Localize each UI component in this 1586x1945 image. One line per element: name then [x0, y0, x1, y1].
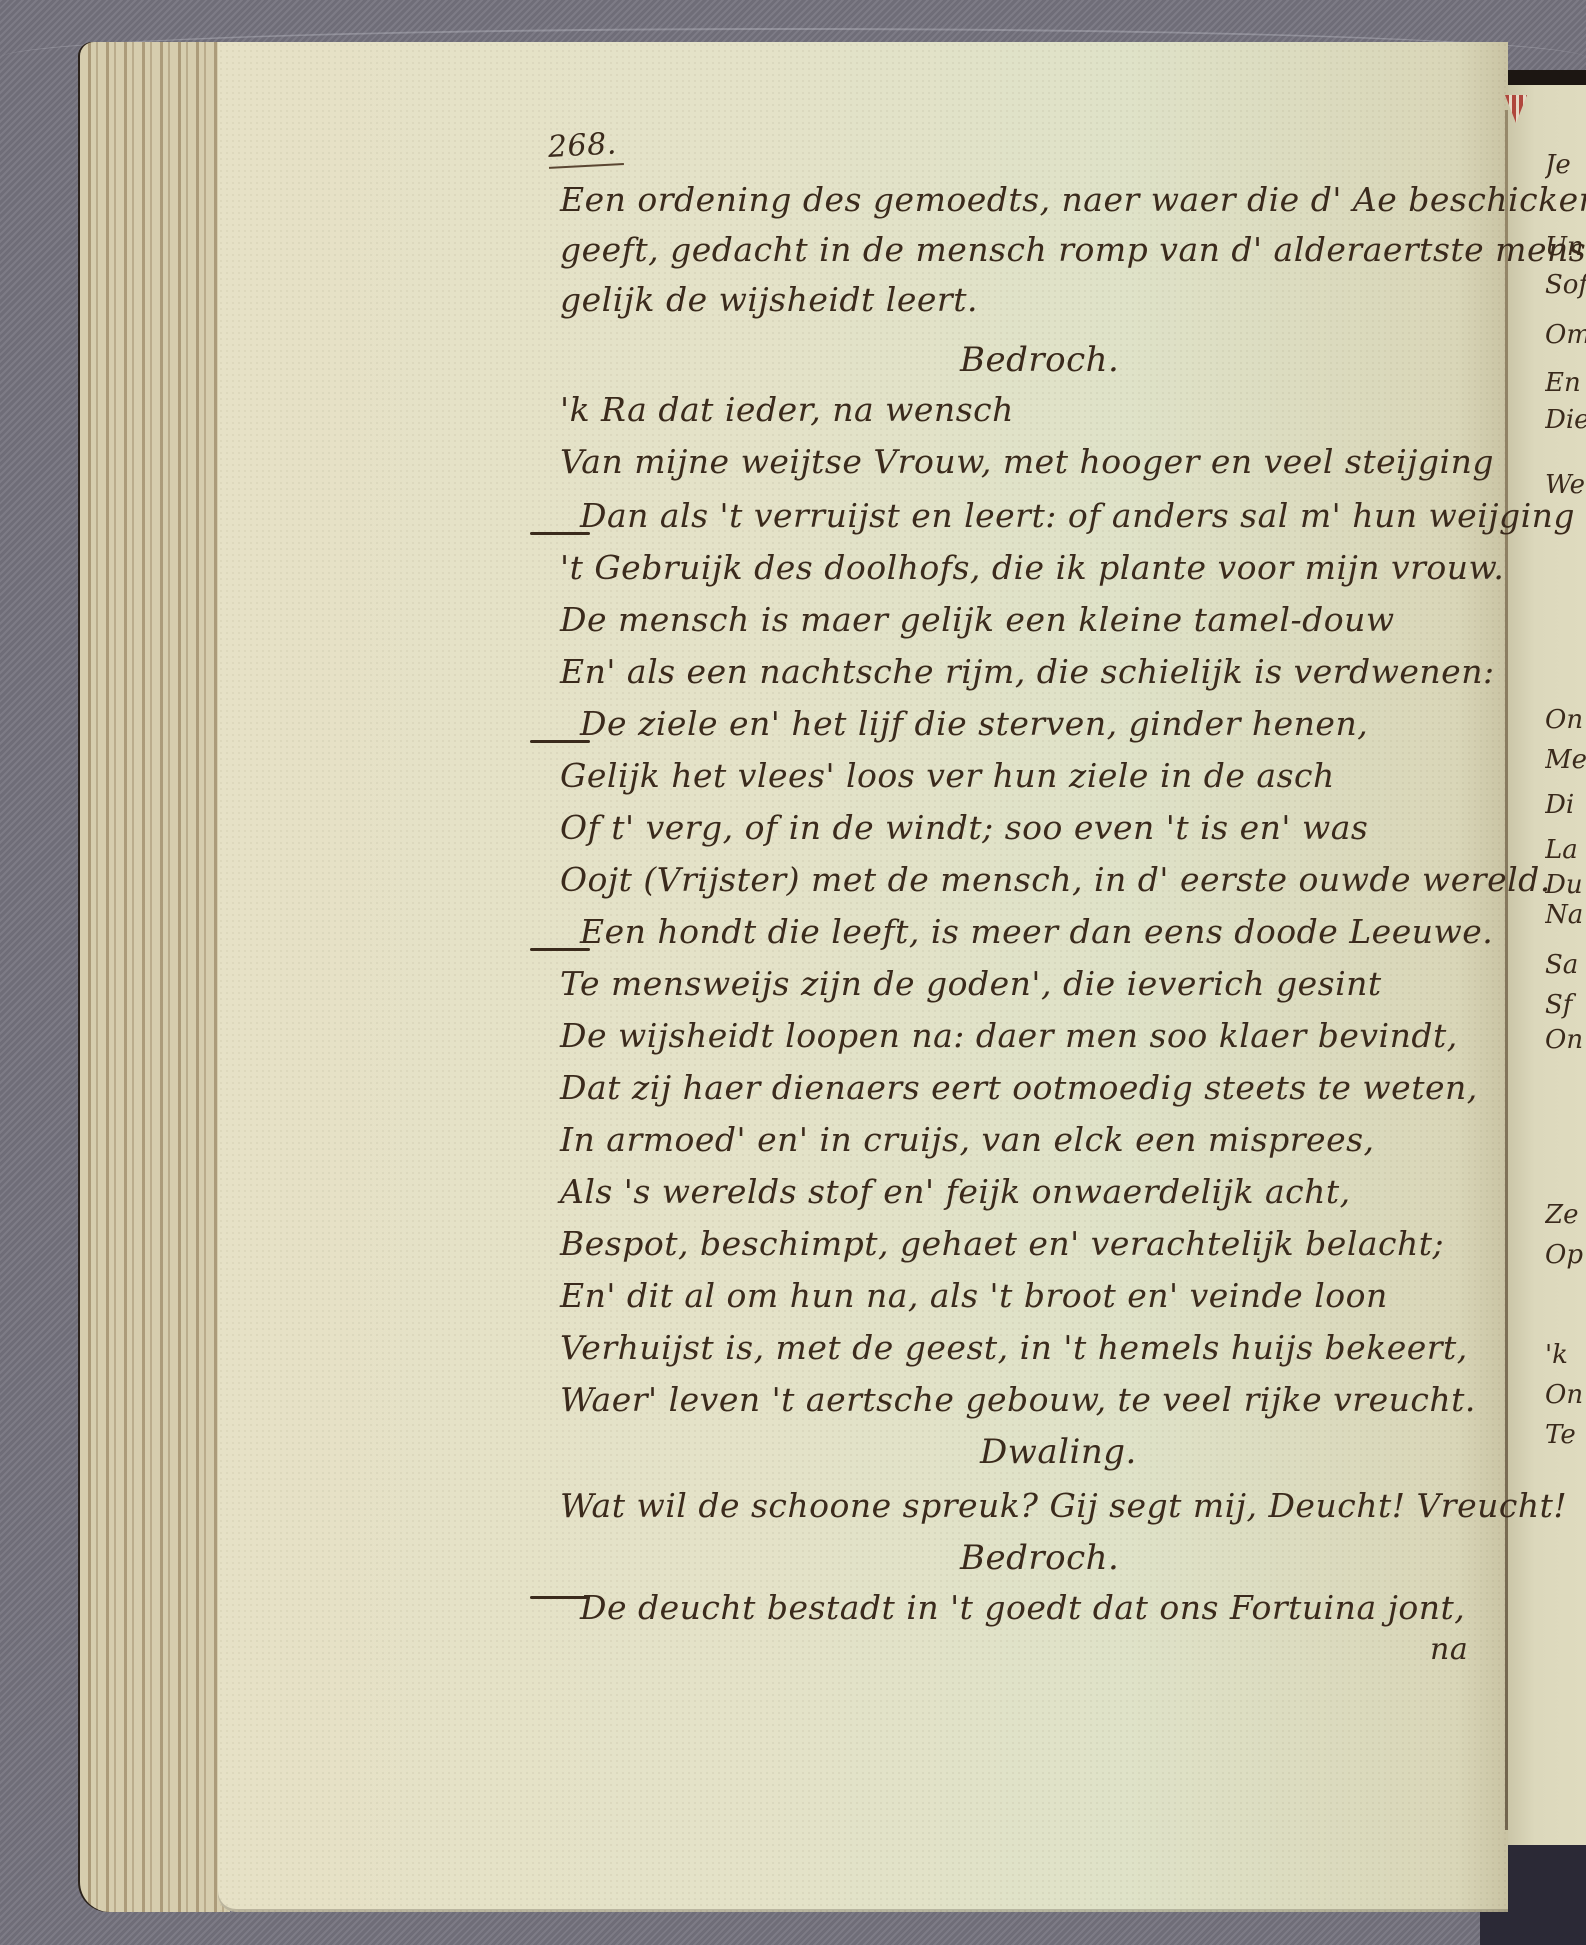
verse-line: Als 's werelds stof en' feijk onwaerdeli… — [560, 1172, 1351, 1212]
facing-line-fragment: La — [1545, 835, 1586, 865]
verse-line: Verhuijst is, met de geest, in 't hemels… — [560, 1328, 1468, 1368]
intro-line: gelijk de wijsheidt leert. — [560, 280, 978, 320]
intro-line: Een ordening des gemoedts, naer waer die… — [560, 180, 1586, 220]
speaker-heading: Bedroch. — [960, 1538, 1119, 1578]
facing-line-fragment: 'k — [1545, 1340, 1586, 1370]
facing-line-fragment: On — [1545, 1380, 1586, 1410]
facing-line-fragment: Op — [1545, 1240, 1586, 1270]
facing-line-fragment: Sf — [1545, 990, 1586, 1020]
speaker-heading: Bedroch. — [960, 340, 1119, 380]
verse-line: De mensch is maer gelijk een kleine tame… — [560, 600, 1395, 640]
verse-line: In armoed' en' in cruijs, van elck een m… — [560, 1120, 1375, 1160]
facing-line-fragment: Me — [1545, 745, 1586, 775]
verse-line: Dat zij haer dienaers eert ootmoedig ste… — [560, 1068, 1478, 1108]
verse-line: De deucht bestadt in 't goedt dat ons Fo… — [580, 1588, 1465, 1628]
verse-line: De wijsheidt loopen na: daer men soo kla… — [560, 1016, 1458, 1056]
margin-flourish — [530, 740, 590, 743]
margin-flourish — [530, 1596, 590, 1599]
verse-line: De ziele en' het lijf die sterven, ginde… — [580, 704, 1368, 744]
facing-line-fragment: Ze — [1545, 1200, 1586, 1230]
page-number: 268. — [547, 126, 624, 169]
verse-line: Dan als 't verruijst en leert: of anders… — [580, 496, 1575, 536]
verse-line: Of t' verg, of in de windt; soo even 't … — [560, 808, 1368, 848]
verse-line: Gelijk het vlees' loos ver hun ziele in … — [560, 756, 1335, 796]
facing-line-fragment: On — [1545, 705, 1586, 735]
facing-line-fragment: Sof — [1545, 270, 1586, 300]
facing-line-fragment: Je — [1545, 150, 1586, 180]
verse-line: Een hondt die leeft, is meer dan eens do… — [580, 912, 1493, 952]
margin-flourish — [530, 532, 590, 535]
verse-line: Van mijne weijtse Vrouw, met hooger en v… — [560, 442, 1494, 482]
facing-line-fragment: Die — [1545, 405, 1586, 435]
facing-line-fragment: Na — [1545, 900, 1586, 930]
facing-line-fragment: En — [1545, 368, 1586, 398]
verse-line: Bespot, beschimpt, gehaet en' verachteli… — [560, 1224, 1444, 1264]
facing-line-fragment: On — [1545, 1025, 1586, 1055]
facing-line-fragment: Te — [1545, 1420, 1586, 1450]
book-gutter — [1505, 110, 1508, 1830]
facing-line-fragment: Du — [1545, 870, 1586, 900]
facing-line-fragment: Di — [1545, 790, 1586, 820]
page-stack-fore-edge — [80, 42, 230, 1912]
verse-line: En' als een nachtsche rijm, die schielij… — [560, 652, 1495, 692]
facing-line-fragment: Sa — [1545, 950, 1586, 980]
verse-line: 't Gebruijk des doolhofs, die ik plante … — [560, 548, 1504, 588]
intro-line: geeft, gedacht in de mensch romp van d' … — [560, 230, 1586, 270]
verse-line: Oojt (Vrijster) met de mensch, in d' eer… — [560, 860, 1551, 900]
verse-line: Wat wil de schoone spreuk? Gij segt mij,… — [560, 1486, 1567, 1526]
facing-line-fragment: Om — [1545, 320, 1586, 350]
verse-line: Te mensweijs zijn de goden', die ieveric… — [560, 964, 1382, 1004]
speaker-heading: Dwaling. — [980, 1432, 1137, 1472]
facing-line-fragment: Un — [1545, 232, 1586, 262]
verse-line: En' dit al om hun na, als 't broot en' v… — [560, 1276, 1388, 1316]
facing-line-fragment: We — [1545, 470, 1586, 500]
catchword: na — [1430, 1632, 1468, 1667]
verse-line: Waer' leven 't aertsche gebouw, te veel … — [560, 1380, 1476, 1420]
verse-line: 'k Ra dat ieder, na wensch — [560, 390, 1014, 430]
margin-flourish — [530, 948, 590, 951]
